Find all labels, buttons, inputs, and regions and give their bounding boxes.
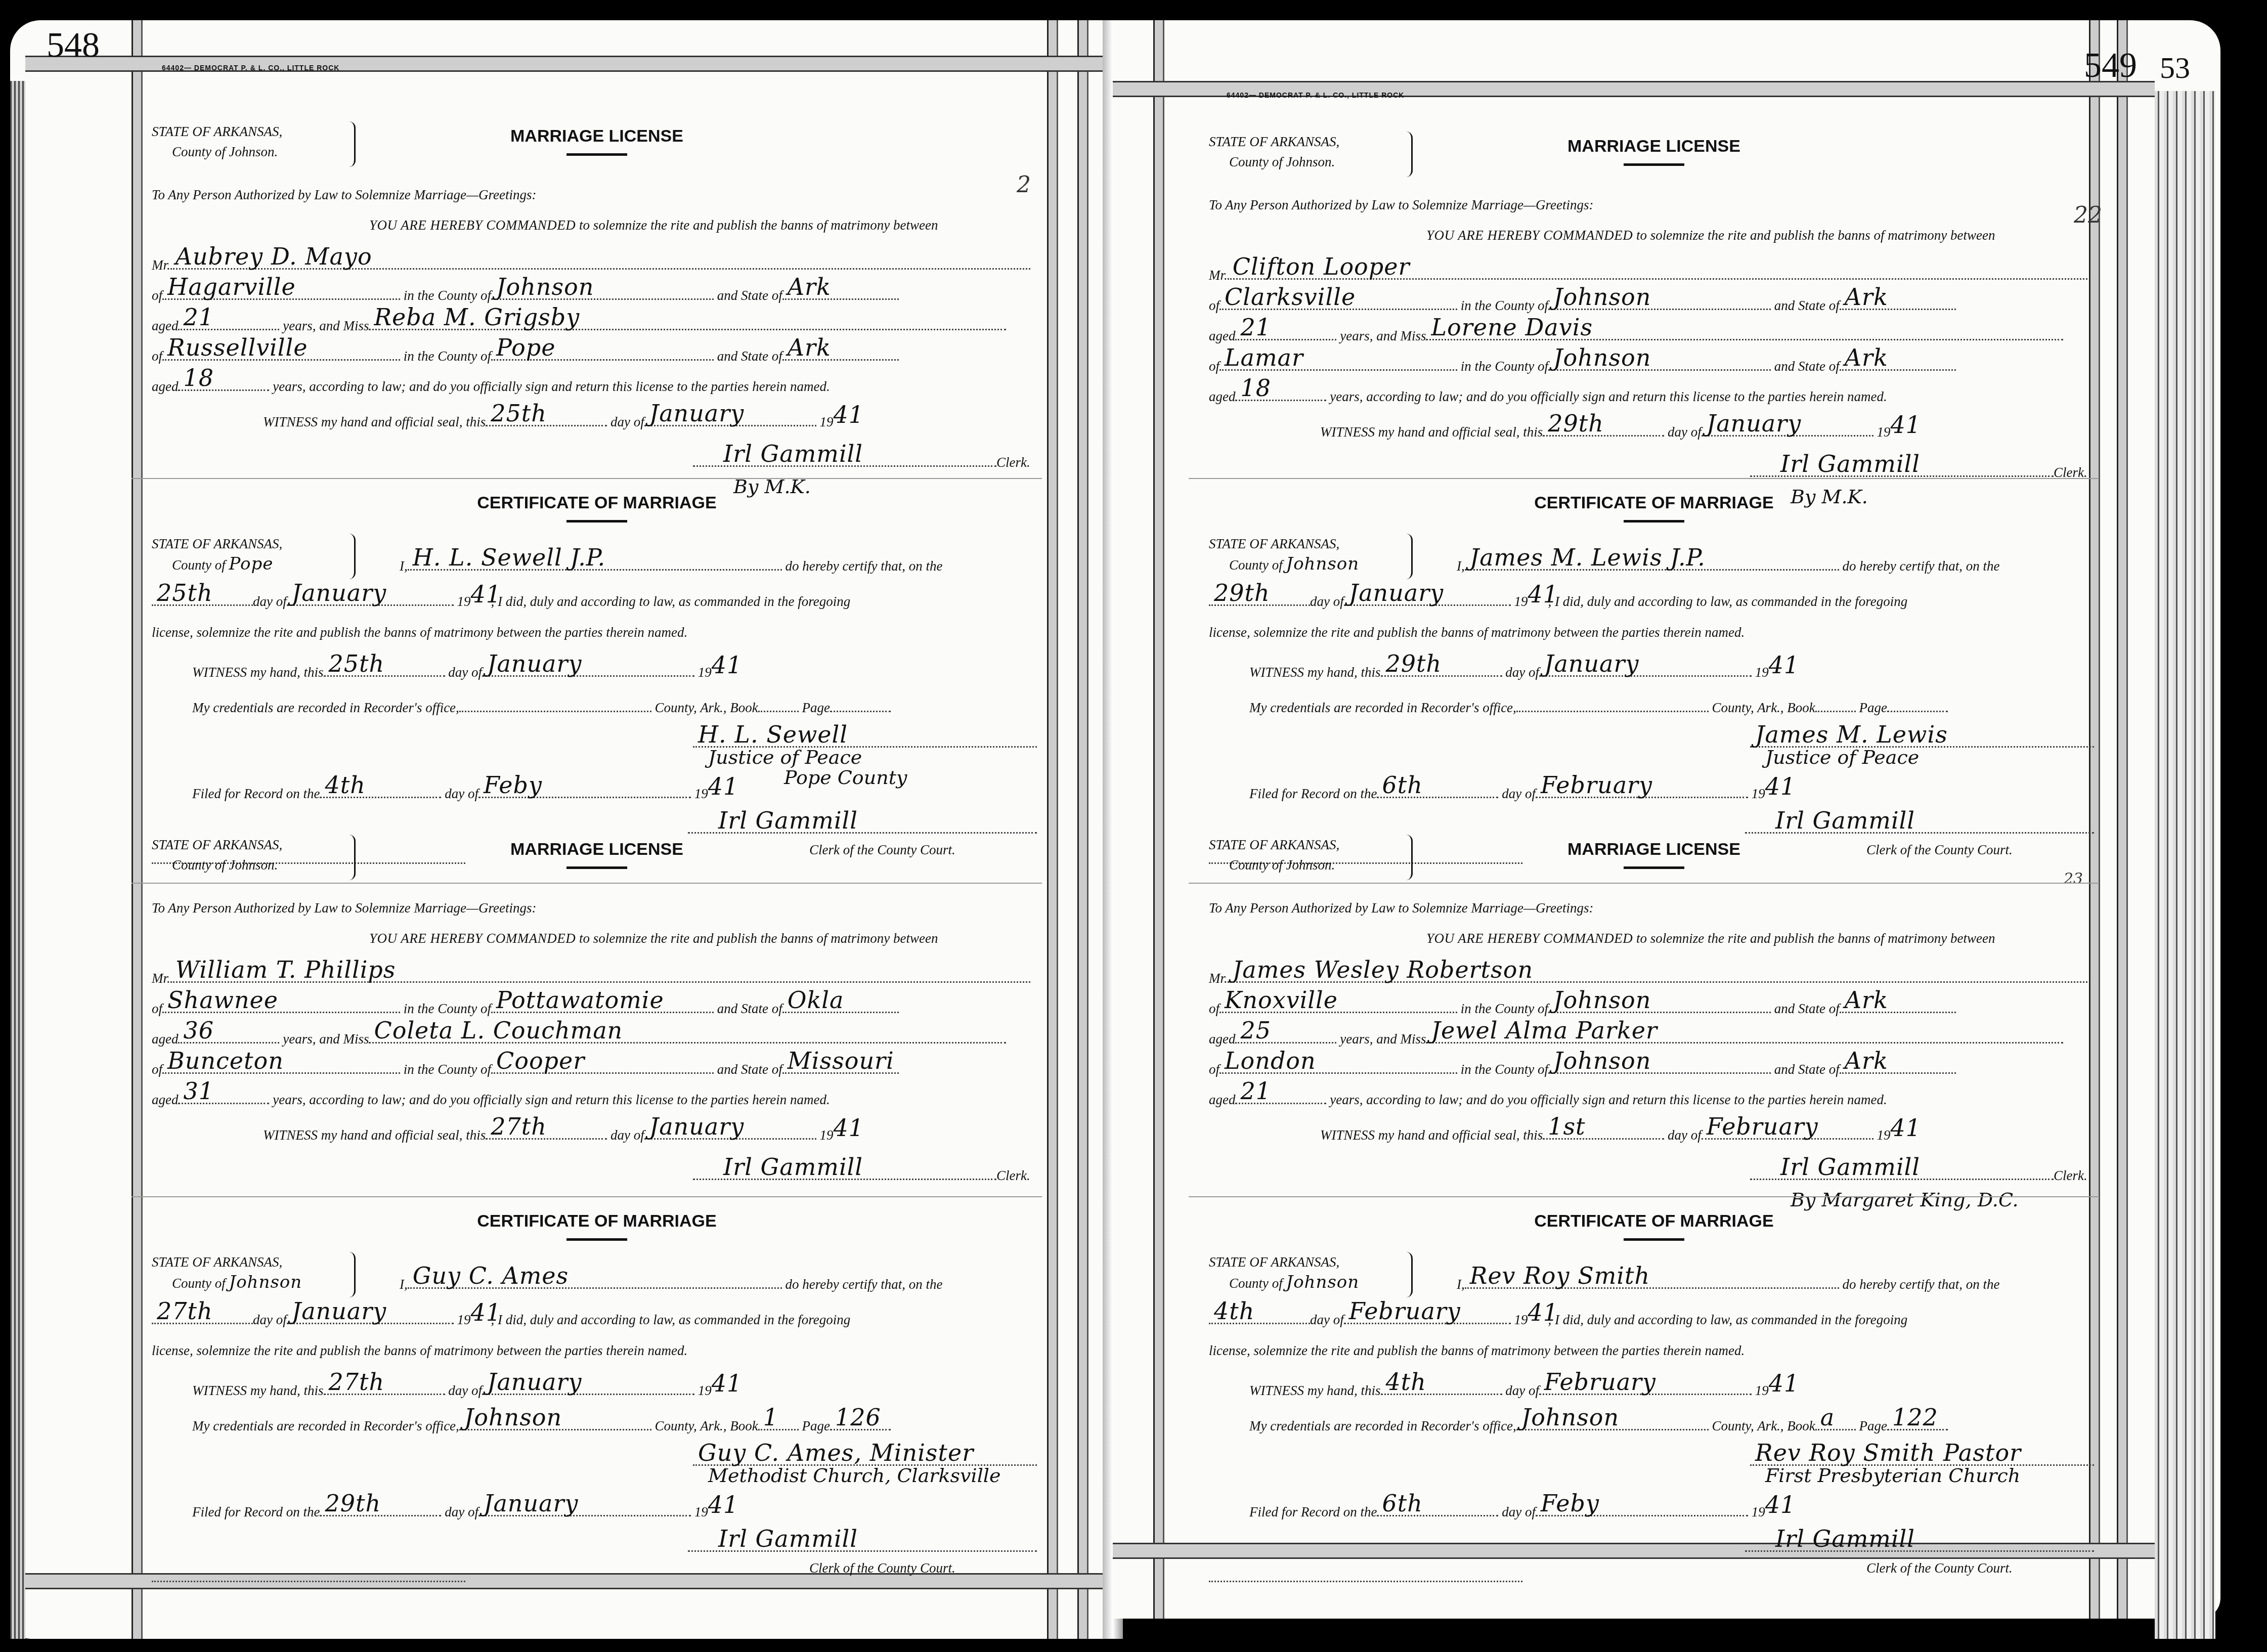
page-edge-stack xyxy=(10,81,25,1639)
bride-town: Russellville xyxy=(167,334,308,361)
certificate-title: CERTIFICATE OF MARRIAGE xyxy=(152,493,1042,513)
filed-day: 6th xyxy=(1382,771,1422,799)
clerk-line: Irl GammillClerk. xyxy=(1750,460,2099,481)
filed-line: Filed for Record on the29th day ofJanuar… xyxy=(192,1500,1042,1520)
county-label: County of Johnson. xyxy=(152,855,282,875)
blank-line xyxy=(1209,1566,2099,1586)
county-label: County of Pope xyxy=(152,554,282,575)
brace xyxy=(1406,132,1413,177)
certificate-of-marriage-2: CERTIFICATE OF MARRIAGE STATE OF ARKANSA… xyxy=(152,1211,1042,1241)
brace xyxy=(349,835,356,880)
clerk-line: Irl GammillClerk. xyxy=(1750,1163,2099,1184)
bride-residence-line: ofLondon in the County ofJohnson and Sta… xyxy=(1209,1057,2099,1077)
officiant-line: I,James M. Lewis J.P. do hereby certify … xyxy=(1457,554,2099,574)
county-label: County of Johnson. xyxy=(1209,152,1339,172)
title-underline xyxy=(566,520,627,523)
page-edge-stack xyxy=(2155,91,2215,1639)
filed-month: Feby xyxy=(484,771,542,799)
bride-residence-line: ofLamar in the County ofJohnson and Stat… xyxy=(1209,354,2099,374)
page-number: 549 xyxy=(2084,46,2137,86)
greeting-line: To Any Person Authorized by Law to Solem… xyxy=(1209,900,2099,916)
bride-age-line: aged31 years, according to law; and do y… xyxy=(152,1088,1042,1108)
deputy-initials: By Margaret King, D.C. xyxy=(1791,1189,2019,1211)
state-county-block: STATE OF ARKANSAS, County of Johnson. xyxy=(1209,835,1339,875)
bride-state: Ark xyxy=(788,334,831,361)
groom-age: 21 xyxy=(183,303,214,331)
certificate-title: CERTIFICATE OF MARRIAGE xyxy=(1209,493,2099,513)
title-underline xyxy=(1624,163,1684,166)
bride-name: Lorene Davis xyxy=(1431,314,1593,341)
witness-day: 29th xyxy=(1386,650,1442,677)
title-underline xyxy=(1624,866,1684,869)
title-underline xyxy=(1624,1238,1684,1241)
state-label: STATE OF ARKANSAS, xyxy=(152,835,282,855)
groom-county: Johnson xyxy=(496,273,594,300)
witness-seal-line: WITNESS my hand and official seal, this1… xyxy=(1320,1123,2099,1143)
license-title: MARRIAGE LICENSE xyxy=(1209,137,2099,156)
license-title: MARRIAGE LICENSE xyxy=(1209,840,2099,859)
greeting-line: To Any Person Authorized by Law to Solem… xyxy=(152,900,1042,916)
clerk-court-line: Irl Gammill xyxy=(688,817,1042,837)
title-underline xyxy=(566,1238,627,1241)
clerk-line: Irl GammillClerk. xyxy=(693,450,1042,470)
state-label: STATE OF ARKANSAS, xyxy=(152,534,282,554)
groom-line: Mr.James Wesley Robertson xyxy=(1209,966,2099,986)
bride-age: 31 xyxy=(183,1077,214,1105)
county-label: County of Johnson. xyxy=(1209,855,1339,875)
state-county-block: STATE OF ARKANSAS, County of Johnson xyxy=(1209,1252,1359,1293)
witness-month: January xyxy=(1544,650,1639,677)
page-number: 548 xyxy=(47,25,100,66)
witness-year: 41 xyxy=(833,1114,864,1142)
margin-rule xyxy=(1153,20,1164,1619)
groom-age-line: aged21 years, and MissLorene Davis xyxy=(1209,324,2099,344)
credentials-page: 126 xyxy=(835,1404,881,1431)
license-title: MARRIAGE LICENSE xyxy=(152,126,1042,146)
section-divider xyxy=(1189,883,2099,884)
bride-state: Ark xyxy=(1845,1047,1888,1074)
witness-day: 29th xyxy=(1548,410,1604,437)
witness-hand-line: WITNESS my hand, this29th day ofJanuary … xyxy=(1249,660,2099,680)
witness-month: January xyxy=(1707,410,1802,437)
groom-age: 21 xyxy=(1240,314,1271,341)
license-text-line: license, solemnize the rite and publish … xyxy=(152,625,1042,640)
state-label: STATE OF ARKANSAS, xyxy=(1209,1252,1359,1272)
marriage-license-1: MARRIAGE LICENSE STATE OF ARKANSAS, Coun… xyxy=(152,126,1042,156)
clerk-signature: Irl Gammill xyxy=(1775,807,1915,834)
filed-day: 4th xyxy=(325,771,365,799)
bride-state: Missouri xyxy=(788,1047,894,1074)
marriage-license-2: MARRIAGE LICENSE STATE OF ARKANSAS, Coun… xyxy=(152,840,1042,869)
state-county-block: STATE OF ARKANSAS, County of Johnson. xyxy=(152,835,282,875)
witness-month: February xyxy=(1544,1368,1656,1396)
ceremony-day: 4th xyxy=(1214,1297,1254,1325)
state-label: STATE OF ARKANSAS, xyxy=(152,1252,302,1272)
officiant-line: I,Guy C. Ames do hereby certify that, on… xyxy=(400,1272,1042,1292)
witness-day: 25th xyxy=(329,650,385,677)
bride-county: Johnson xyxy=(1553,344,1651,371)
certificate-of-marriage-1: CERTIFICATE OF MARRIAGE STATE OF ARKANSA… xyxy=(152,493,1042,523)
witness-hand-line: WITNESS my hand, this25th day ofJanuary … xyxy=(192,660,1042,680)
bride-age-line: aged18 years, according to law; and do y… xyxy=(152,374,1042,395)
witness-year: 41 xyxy=(1890,411,1921,439)
bride-town: London xyxy=(1225,1047,1316,1074)
ceremony-date-line: 29thday ofJanuary 1941, I did, duly and … xyxy=(1209,589,2099,610)
ceremony-month: January xyxy=(292,1297,387,1325)
officiant-name: Rev Roy Smith xyxy=(1470,1262,1650,1289)
groom-line: Mr.William T. Phillips xyxy=(152,966,1042,986)
county-label: County of Johnson. xyxy=(152,142,282,162)
witness-day: 27th xyxy=(491,1113,547,1140)
ceremony-month: January xyxy=(292,579,387,606)
groom-age: 25 xyxy=(1240,1017,1271,1044)
margin-rule xyxy=(1077,20,1088,1639)
command-line: YOU ARE HEREBY COMMANDED to solemnize th… xyxy=(1426,931,2099,946)
state-county-block: STATE OF ARKANSAS, County of Johnson xyxy=(1209,534,1359,575)
margin-rule xyxy=(2117,20,2128,1619)
officiant-signature: Guy C. Ames, Minister xyxy=(698,1439,974,1466)
license-text-line: license, solemnize the rite and publish … xyxy=(152,1343,1042,1359)
state-label: STATE OF ARKANSAS, xyxy=(1209,534,1359,554)
command-line: YOU ARE HEREBY COMMANDED to solemnize th… xyxy=(369,931,1042,946)
bride-residence-line: ofRussellville in the County ofPope and … xyxy=(152,344,1042,364)
county-label: County of Johnson xyxy=(1209,1272,1359,1293)
officiant-signature: James M. Lewis xyxy=(1755,721,1948,748)
ceremony-month: February xyxy=(1349,1297,1461,1325)
greeting-line: To Any Person Authorized by Law to Solem… xyxy=(152,187,1042,203)
officiant-signature: Rev Roy Smith Pastor xyxy=(1755,1439,2021,1466)
officiant-title: Justice of Peace xyxy=(1765,746,1919,768)
bride-age-line: aged18 years, according to law; and do y… xyxy=(1209,384,2099,405)
clerk-signature: Irl Gammill xyxy=(718,1525,858,1552)
state-county-block: STATE OF ARKANSAS, County of Johnson. xyxy=(152,121,282,162)
credentials-book: 1 xyxy=(763,1404,778,1431)
section-divider xyxy=(132,883,1042,884)
bride-age: 18 xyxy=(183,364,214,392)
ceremony-date-line: 4thday ofFebruary 1941, I did, duly and … xyxy=(1209,1308,2099,1328)
bride-county: Pope xyxy=(496,334,555,361)
filed-month: February xyxy=(1541,771,1652,799)
witness-seal-line: WITNESS my hand and official seal, this2… xyxy=(263,1123,1042,1143)
section-divider xyxy=(132,1196,1042,1197)
bride-name: Coleta L. Couchman xyxy=(374,1017,623,1044)
blank-line xyxy=(152,1566,1042,1586)
groom-residence-line: ofClarksville in the County ofJohnson an… xyxy=(1209,293,2099,314)
groom-name: James Wesley Robertson xyxy=(1233,956,1533,983)
groom-town: Knoxville xyxy=(1225,986,1338,1014)
clerk-signature: Irl Gammill xyxy=(1780,1153,1920,1181)
tally-mark: 23 xyxy=(2064,870,2083,888)
clerk-signature: Irl Gammill xyxy=(718,807,858,834)
credentials-line: My credentials are recorded in Recorder'… xyxy=(1249,695,2099,716)
groom-age-line: aged25 years, and MissJewel Alma Parker xyxy=(1209,1027,2099,1047)
credentials-line: My credentials are recorded in Recorder'… xyxy=(1249,1414,2099,1434)
bride-age: 18 xyxy=(1240,374,1271,402)
margin-rule xyxy=(132,20,143,1639)
bride-age: 21 xyxy=(1240,1077,1271,1105)
certificate-of-marriage-3: CERTIFICATE OF MARRIAGE STATE OF ARKANSA… xyxy=(1209,493,2099,523)
section-divider xyxy=(1189,1196,2099,1197)
witness-month: January xyxy=(649,400,745,427)
license-title: MARRIAGE LICENSE xyxy=(152,840,1042,859)
groom-state: Ark xyxy=(788,273,831,300)
ceremony-date-line: 25thday ofJanuary 1941, I did, duly and … xyxy=(152,589,1042,610)
witness-year: 41 xyxy=(833,401,864,428)
clerk-line: Irl GammillClerk. xyxy=(693,1163,1042,1184)
witness-day: 27th xyxy=(329,1368,385,1396)
officiant-name: Guy C. Ames xyxy=(413,1262,569,1289)
state-county-block: STATE OF ARKANSAS, County of Pope xyxy=(152,534,282,575)
filed-line: Filed for Record on the4th day ofFeby 19… xyxy=(192,781,1042,802)
officiant-line: I,Rev Roy Smith do hereby certify that, … xyxy=(1457,1272,2099,1292)
state-label: STATE OF ARKANSAS, xyxy=(1209,835,1339,855)
witness-month: January xyxy=(649,1113,745,1140)
officiant-name: James M. Lewis J.P. xyxy=(1470,544,1706,571)
credentials-line: My credentials are recorded in Recorder'… xyxy=(192,695,1042,716)
bride-county: Cooper xyxy=(496,1047,585,1074)
groom-town: Clarksville xyxy=(1225,283,1356,311)
witness-hand-line: WITNESS my hand, this27th day ofJanuary … xyxy=(192,1378,1042,1399)
command-line: YOU ARE HEREBY COMMANDED to solemnize th… xyxy=(369,218,1042,233)
groom-name: William T. Phillips xyxy=(176,956,396,983)
section-divider xyxy=(1189,478,2099,479)
groom-town: Hagarville xyxy=(167,273,296,300)
witness-day: 25th xyxy=(491,400,547,427)
state-label: STATE OF ARKANSAS, xyxy=(1209,132,1339,152)
officiant-title: First Presbyterian Church xyxy=(1765,1464,2020,1487)
bride-age-line: aged21 years, according to law; and do y… xyxy=(1209,1088,2099,1108)
credentials-county: Johnson xyxy=(1521,1404,1619,1431)
state-label: STATE OF ARKANSAS, xyxy=(152,121,282,142)
groom-residence-line: ofHagarville in the County ofJohnson and… xyxy=(152,283,1042,303)
title-underline xyxy=(566,866,627,869)
clerk-court-line: Irl Gammill xyxy=(1745,817,2099,837)
filed-month: Feby xyxy=(1541,1490,1599,1517)
section-divider xyxy=(132,478,1042,479)
ceremony-day: 27th xyxy=(157,1297,213,1325)
filed-month: January xyxy=(484,1490,579,1517)
groom-residence-line: ofKnoxville in the County ofJohnson and … xyxy=(1209,996,2099,1017)
clerk-court-line: Irl Gammill xyxy=(688,1535,1042,1555)
credentials-line: My credentials are recorded in Recorder'… xyxy=(192,1414,1042,1434)
witness-month: January xyxy=(487,650,582,677)
filed-line: Filed for Record on the6th day ofFeby 19… xyxy=(1249,1500,2099,1520)
groom-county: Johnson xyxy=(1553,986,1651,1014)
title-underline xyxy=(1624,520,1684,523)
filed-day: 29th xyxy=(325,1490,381,1517)
filed-day: 6th xyxy=(1382,1490,1422,1517)
witness-year: 41 xyxy=(1890,1114,1921,1142)
ceremony-day: 25th xyxy=(157,579,213,606)
bride-residence-line: ofBunceton in the County ofCooper and St… xyxy=(152,1057,1042,1077)
certificate-title: CERTIFICATE OF MARRIAGE xyxy=(1209,1211,2099,1231)
witness-month: February xyxy=(1707,1113,1818,1140)
groom-age-line: aged21 years, and MissReba M. Grigsby xyxy=(152,314,1042,334)
brace xyxy=(1406,1252,1413,1297)
brace xyxy=(1406,835,1413,880)
groom-name: Clifton Looper xyxy=(1233,253,1410,280)
ceremony-month: January xyxy=(1349,579,1444,606)
bride-name: Reba M. Grigsby xyxy=(374,303,580,331)
clerk-court-line: Irl Gammill xyxy=(1745,1535,2099,1555)
next-page-number: 53 xyxy=(2160,51,2190,85)
groom-state: Ark xyxy=(1845,986,1888,1014)
printer-imprint: 64402— DEMOCRAT P. & L. CO., LITTLE ROCK xyxy=(162,64,339,72)
license-text-line: license, solemnize the rite and publish … xyxy=(1209,625,2099,640)
witness-seal-line: WITNESS my hand and official seal, this2… xyxy=(263,410,1042,430)
ceremony-date-line: 27thday ofJanuary 1941, I did, duly and … xyxy=(152,1308,1042,1328)
groom-state: Ark xyxy=(1845,283,1888,311)
groom-state: Okla xyxy=(788,986,844,1014)
officiant-name: H. L. Sewell J.P. xyxy=(413,544,605,571)
certificate-of-marriage-4: CERTIFICATE OF MARRIAGE STATE OF ARKANSA… xyxy=(1209,1211,2099,1241)
groom-county: Johnson xyxy=(1553,283,1651,311)
bride-state: Ark xyxy=(1845,344,1888,371)
witness-day: 1st xyxy=(1548,1113,1585,1140)
brace xyxy=(1406,534,1413,579)
witness-hand-line: WITNESS my hand, this4th day ofFebruary … xyxy=(1249,1378,2099,1399)
brace xyxy=(349,121,356,167)
license-text-line: license, solemnize the rite and publish … xyxy=(1209,1343,2099,1359)
margin-rule xyxy=(1047,20,1058,1639)
brace xyxy=(349,534,356,579)
witness-month: January xyxy=(487,1368,582,1396)
marriage-license-3: MARRIAGE LICENSE STATE OF ARKANSAS, Coun… xyxy=(1209,137,2099,166)
county-label: County of Johnson xyxy=(152,1272,302,1293)
certificate-title: CERTIFICATE OF MARRIAGE xyxy=(152,1211,1042,1231)
groom-residence-line: ofShawnee in the County ofPottawatomie a… xyxy=(152,996,1042,1017)
command-line: YOU ARE HEREBY COMMANDED to solemnize th… xyxy=(1426,228,2099,243)
ceremony-day: 29th xyxy=(1214,579,1270,606)
clerk-signature: Irl Gammill xyxy=(723,1153,863,1181)
clerk-signature: Irl Gammill xyxy=(723,440,863,467)
clerk-signature: Irl Gammill xyxy=(1780,450,1920,477)
credentials-county: Johnson xyxy=(464,1404,562,1431)
groom-line: Mr.Clifton Looper xyxy=(1209,263,2099,283)
officiant-title: Methodist Church, Clarksville xyxy=(708,1464,1000,1487)
groom-age-line: aged36 years, and MissColeta L. Couchman xyxy=(152,1027,1042,1047)
bride-town: Lamar xyxy=(1225,344,1303,371)
brace xyxy=(349,1252,356,1297)
officiant-line: I,H. L. Sewell J.P. do hereby certify th… xyxy=(400,554,1042,574)
bride-name: Jewel Alma Parker xyxy=(1431,1017,1658,1044)
greeting-line: To Any Person Authorized by Law to Solem… xyxy=(1209,197,2099,213)
credentials-book: a xyxy=(1820,1404,1835,1431)
groom-name: Aubrey D. Mayo xyxy=(176,243,372,270)
state-county-block: STATE OF ARKANSAS, County of Johnson. xyxy=(1209,132,1339,172)
state-county-block: STATE OF ARKANSAS, County of Johnson xyxy=(152,1252,302,1293)
officiant-title: Justice of Peace xyxy=(708,746,862,768)
bride-county: Johnson xyxy=(1553,1047,1651,1074)
clerk-signature: Irl Gammill xyxy=(1775,1525,1915,1552)
witness-day: 4th xyxy=(1386,1368,1426,1396)
printer-imprint: 64402— DEMOCRAT P. & L. CO., LITTLE ROCK xyxy=(1227,91,1404,99)
bride-town: Bunceton xyxy=(167,1047,284,1074)
groom-town: Shawnee xyxy=(167,986,278,1014)
marriage-license-4: MARRIAGE LICENSE STATE OF ARKANSAS, Coun… xyxy=(1209,840,2099,869)
title-underline xyxy=(566,153,627,156)
credentials-page: 122 xyxy=(1892,1404,1938,1431)
groom-line: Mr.Aubrey D. Mayo xyxy=(152,253,1042,273)
witness-seal-line: WITNESS my hand and official seal, this2… xyxy=(1320,420,2099,440)
officiant-signature: H. L. Sewell xyxy=(698,721,848,748)
filed-line: Filed for Record on the6th day ofFebruar… xyxy=(1249,781,2099,802)
groom-county: Pottawatomie xyxy=(496,986,664,1014)
county-label: County of Johnson xyxy=(1209,554,1359,575)
groom-age: 36 xyxy=(183,1017,214,1044)
